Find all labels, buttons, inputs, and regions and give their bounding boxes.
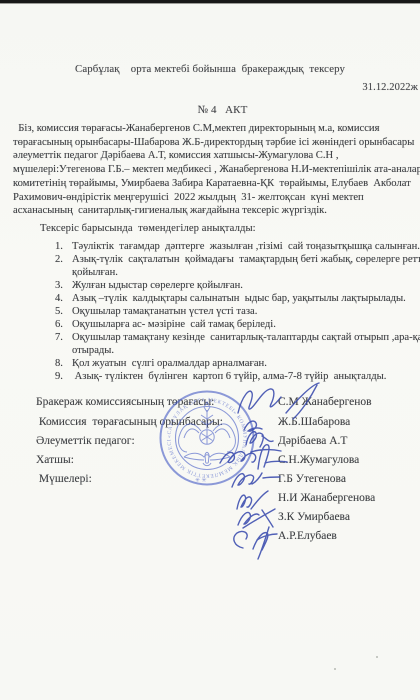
finding-line: 9. Азық- түліктен бүлінген картоп 6 түйі… [55,371,420,384]
finding-text: Азық- түліктен бүлінген картоп 6 түйір, … [72,371,386,382]
finding-text: Азық –түлік калдықтары салынатын ыдыс ба… [72,293,406,304]
document-date: 31.12.2022ж [362,82,418,93]
finding-number: 2. [55,254,72,267]
finding-text: Тәуліктік тағамдар дәптерге жазылған ,ті… [72,241,420,252]
findings-heading: Тексеріс барысында төмендегілер анықталд… [40,223,256,234]
finding-number: 4. [55,293,72,306]
signatory-name: С.М Жанабергенов [278,396,372,408]
signature-label-members: Мүшелері: [36,473,92,485]
finding-line: 2.Азық-түлік сақталатын қоймадағы тамақт… [55,254,420,267]
intro-line: төрағасының орынбасары-Шабарова Ж.Б-дире… [13,136,420,150]
finding-number: 8. [55,358,72,371]
finding-text: Оқушылар тамақтанатын үстел үсті таза. [72,306,257,317]
intro-line: Біз, комиссия төрағасы-Жанабергенов С.М,… [13,122,420,136]
act-number: № 4 АКТ [25,104,420,116]
intro-line: әлеуметтік педагог Дәрібаева А.Т, комисс… [13,149,420,163]
scanner-edge-line [0,3,420,4]
signature-label-social-pedagog: Әлеуметтік педагог: [36,435,135,447]
finding-line: 8.Қол жуатын сүлгі оралмалдар арналмаған… [55,358,420,371]
intro-line: Рахимович-өндірістік меңгерушісі 2022 жы… [13,191,420,205]
paper-speck [334,668,336,670]
finding-line: отырады. [55,345,420,358]
signatory-name: А.Р.Елубаев [278,530,337,542]
paper-speck [376,656,378,658]
signatory-name: Н.И Жанабергенова [278,492,375,504]
finding-text: Оқушыларға ас- мәзіріне сай тамақ беріле… [72,319,276,330]
intro-paragraph: Біз, комиссия төрағасы-Жанабергенов С.М,… [13,122,420,218]
document-title: Сарбұлақ орта мектебі бойынша бракеражды… [0,63,420,75]
finding-text: қойылған. [72,267,118,278]
finding-number: 6. [55,319,72,332]
findings-list: 1.Тәуліктік тағамдар дәптерге жазылған ,… [55,241,420,383]
finding-number: 5. [55,306,72,319]
intro-line: мүшелері:Утегенова Г.Б.– мектеп медбикес… [13,163,420,177]
signatory-name: Дәрібаева А.Т [278,435,347,447]
signatory-name: Ж.Б.Шабарова [278,416,350,428]
signature-label-deputy: Комиссия төрағасының орынбасары: [36,416,223,428]
signatory-name: З.К Умирбаева [278,511,350,523]
finding-number: 1. [55,241,72,254]
signatory-name: Г.Б Утегенова [278,473,346,485]
intro-line: асханасының санитарлық-гигиеналық жағдай… [13,204,420,218]
finding-line: 4.Азық –түлік калдықтары салынатын ыдыс … [55,293,420,306]
finding-number: 9. [55,371,72,384]
finding-line: 6.Оқушыларға ас- мәзіріне сай тамақ бері… [55,319,420,332]
finding-text: Қол жуатын сүлгі оралмалдар арналмаған. [72,358,267,369]
signatory-name: С.Н.Жумагулова [278,454,359,466]
finding-line: 3.Жулған ыдыстар сөрелерге қойылған. [55,280,420,293]
finding-text: отырады. [72,345,114,356]
finding-text: Жулған ыдыстар сөрелерге қойылған. [72,280,243,291]
finding-text: Оқушылар тамақтану кезінде санитарлық-та… [72,332,420,343]
finding-number: 3. [55,280,72,293]
intro-line: комитетінің төрайымы, Умирбаева Забира К… [13,177,420,191]
finding-line: қойылған. [55,267,420,280]
finding-text: Азық-түлік сақталатын қоймадағы тамақтар… [72,254,420,265]
finding-line: 5.Оқушылар тамақтанатын үстел үсті таза. [55,306,420,319]
finding-number: 7. [55,332,72,345]
signature-label-chairman: Бракераж комиссиясының төрағасы: [36,396,214,408]
finding-line: 1.Тәуліктік тағамдар дәптерге жазылған ,… [55,241,420,254]
finding-line: 7.Оқушылар тамақтану кезінде санитарлық-… [55,332,420,345]
signature-label-secretary: Хатшы: [36,454,74,466]
